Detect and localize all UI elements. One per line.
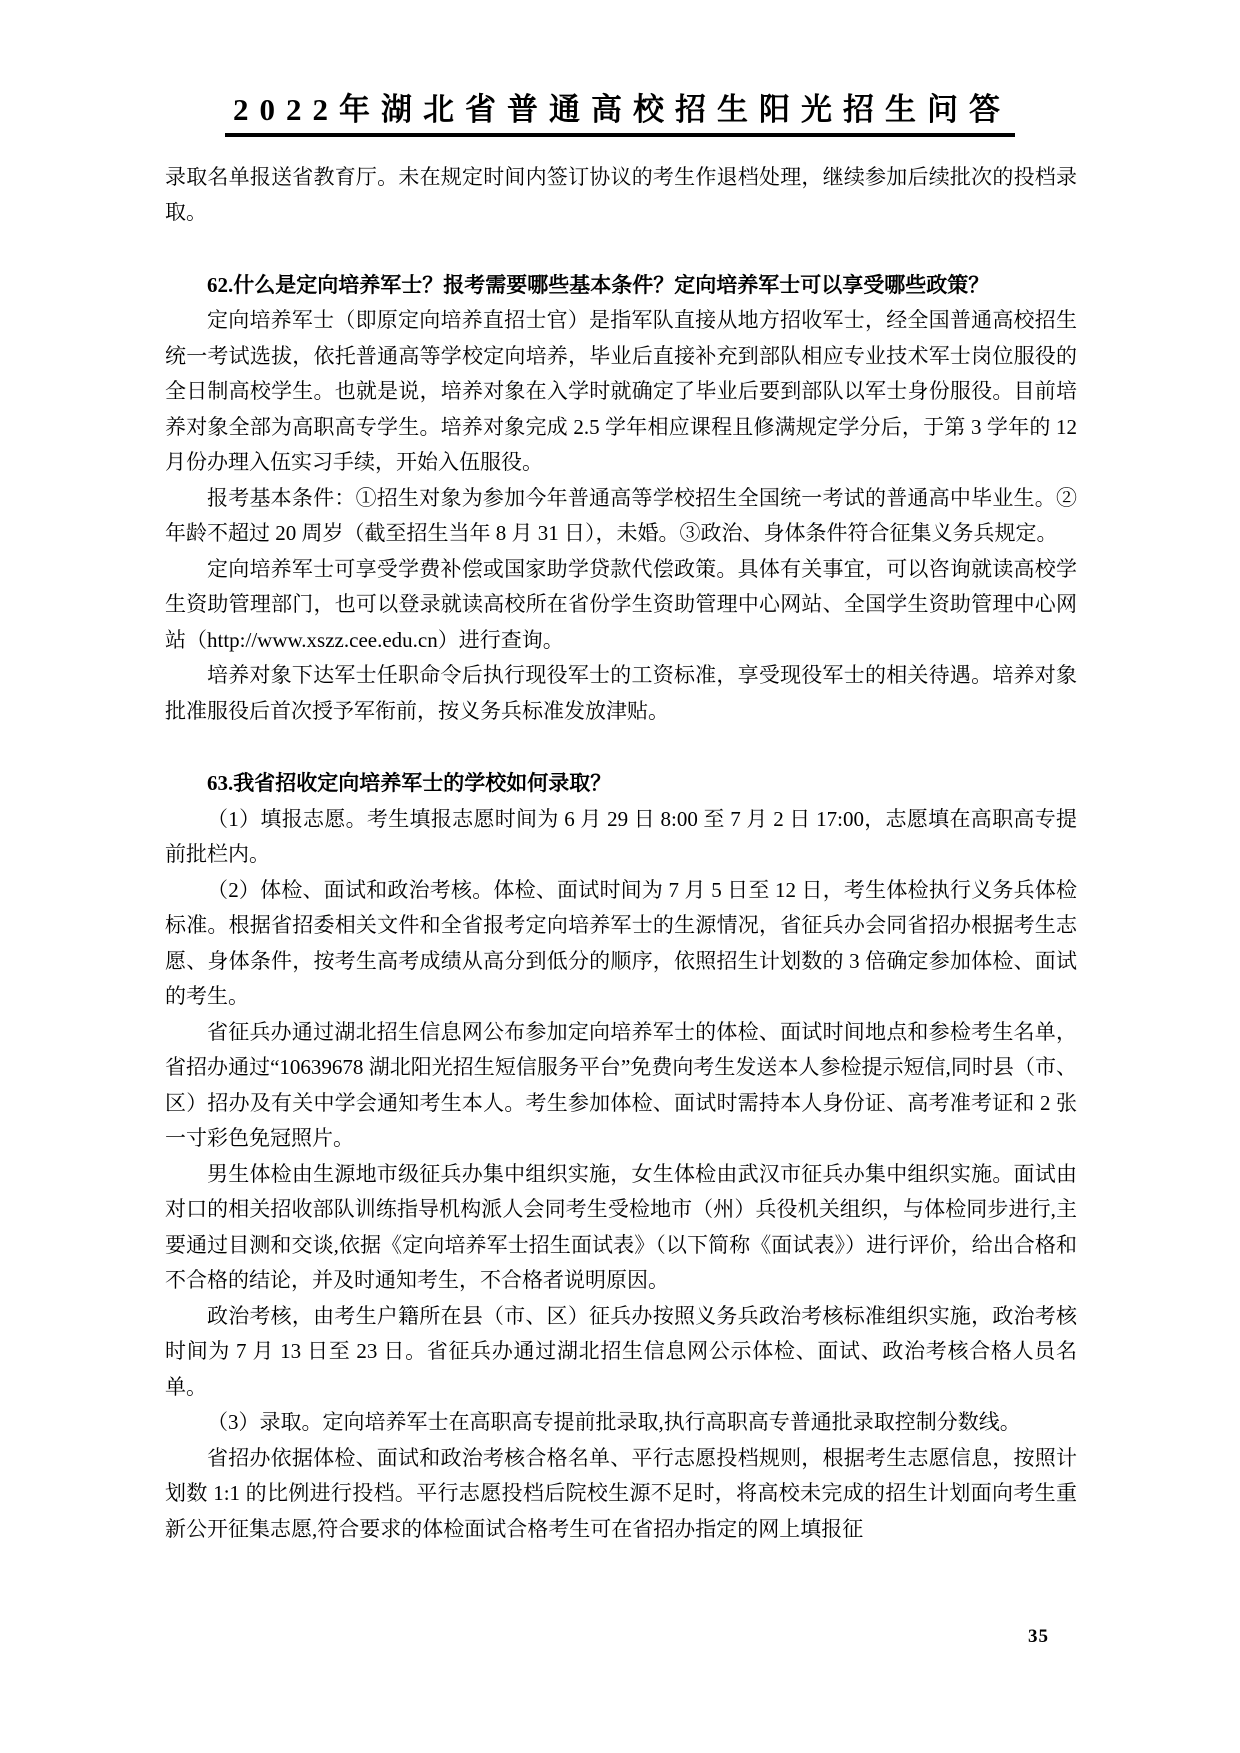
- question-62-heading: 62.什么是定向培养军士？报考需要哪些基本条件？定向培养军士可以享受哪些政策？: [165, 268, 1077, 304]
- paragraph-intro-continuation: 录取名单报送省教育厅。未在规定时间内签订协议的考生作退档处理，继续参加后续批次的…: [165, 160, 1077, 231]
- question-63-paragraph-7: 省招办依据体检、面试和政治考核合格名单、平行志愿投档规则，根据考生志愿信息，按照…: [165, 1441, 1077, 1548]
- question-63-paragraph-5: 政治考核，由考生户籍所在县（市、区）征兵办按照义务兵政治考核标准组织实施，政治考…: [165, 1299, 1077, 1406]
- page-header: 2022年湖北省普通高校招生阳光招生问答: [0, 0, 1240, 137]
- question-63-paragraph-2: （2）体检、面试和政治考核。体检、面试时间为 7 月 5 日至 12 日，考生体…: [165, 873, 1077, 1015]
- question-62-paragraph-3: 定向培养军士可享受学费补偿或国家助学贷款代偿政策。具体有关事宜，可以咨询就读高校…: [165, 552, 1077, 659]
- question-63-heading: 63.我省招收定向培养军士的学校如何录取？: [165, 766, 1077, 802]
- question-63-paragraph-1: （1）填报志愿。考生填报志愿时间为 6 月 29 日 8:00 至 7 月 2 …: [165, 802, 1077, 873]
- question-63-paragraph-3: 省征兵办通过湖北招生信息网公布参加定向培养军士的体检、面试时间地点和参检考生名单…: [165, 1015, 1077, 1157]
- question-62-paragraph-4: 培养对象下达军士任职命令后执行现役军士的工资标准，享受现役军士的相关待遇。培养对…: [165, 658, 1077, 729]
- document-body: 录取名单报送省教育厅。未在规定时间内签订协议的考生作退档处理，继续参加后续批次的…: [165, 160, 1077, 1548]
- page-title: 2022年湖北省普通高校招生阳光招生问答: [225, 92, 1015, 137]
- question-63-paragraph-4: 男生体检由生源地市级征兵办集中组织实施，女生体检由武汉市征兵办集中组织实施。面试…: [165, 1157, 1077, 1299]
- document-page: 2022年湖北省普通高校招生阳光招生问答 录取名单报送省教育厅。未在规定时间内签…: [0, 0, 1240, 1753]
- question-63-paragraph-6: （3）录取。定向培养军士在高职高专提前批录取,执行高职高专普通批录取控制分数线。: [165, 1405, 1077, 1441]
- page-number: 35: [1028, 1626, 1049, 1648]
- question-62-paragraph-2: 报考基本条件：①招生对象为参加今年普通高等学校招生全国统一考试的普通高中毕业生。…: [165, 481, 1077, 552]
- question-62-paragraph-1: 定向培养军士（即原定向培养直招士官）是指军队直接从地方招收军士，经全国普通高校招…: [165, 303, 1077, 481]
